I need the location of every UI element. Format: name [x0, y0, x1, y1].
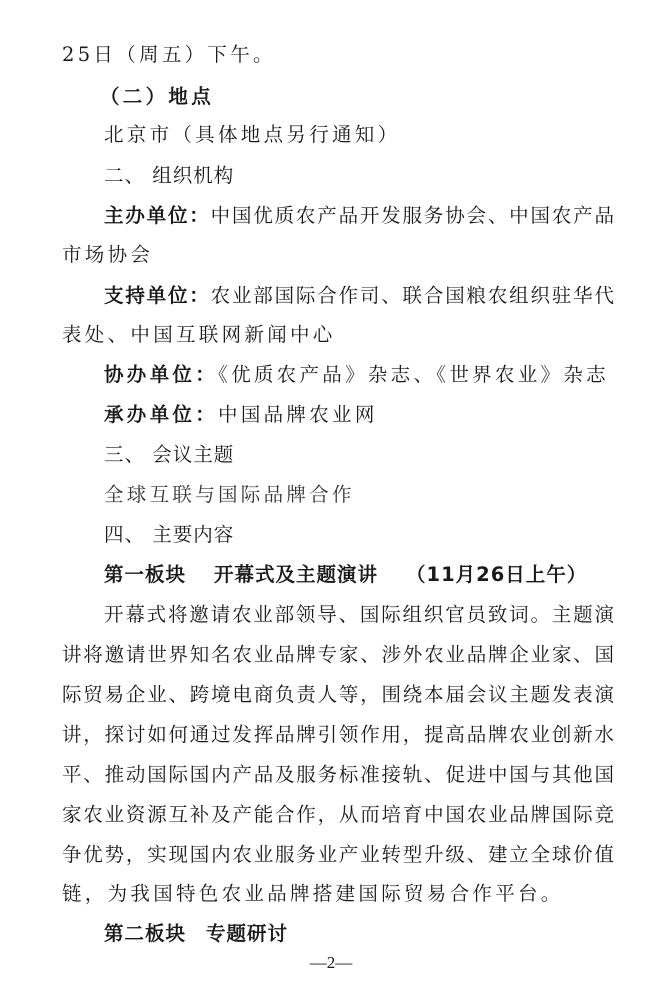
location-text: 北京市（具体地点另行通知） — [104, 122, 614, 148]
block-one-title: 开幕式及主题演讲 — [214, 563, 378, 586]
host-text: 中国优质农产品开发服务协会、中国农产品 — [211, 204, 614, 227]
undertaker-text: 中国品牌农业网 — [218, 403, 378, 426]
co-organizer-label: 协办单位： — [104, 363, 218, 386]
block-one-time: （11月26日上午） — [406, 563, 587, 586]
host-continuation: 市场协会 — [62, 242, 614, 268]
block-one-heading: 第一板块开幕式及主题演讲（11月26日上午） — [104, 562, 614, 588]
paragraph-line: 讲，探讨如何通过发挥品牌引领作用，提高品牌农业创新水 — [62, 722, 614, 748]
undertaker-line: 承办单位：中国品牌农业网 — [104, 402, 614, 428]
section-heading-theme: 三、 会议主题 — [104, 442, 614, 468]
undertaker-label: 承办单位： — [104, 403, 218, 426]
paragraph-line: 家农业资源互补及产能合作，从而培育中国农业品牌国际竞 — [62, 802, 614, 828]
co-organizer-text: 《优质农产品》杂志、《世界农业》杂志 — [218, 363, 609, 386]
support-label: 支持单位： — [104, 284, 211, 307]
support-text: 农业部国际合作司、联合国粮农组织驻华代 — [211, 284, 614, 307]
block-one-label: 第一板块 — [104, 563, 186, 586]
section-heading-organization: 二、 组织机构 — [104, 163, 614, 189]
block-two-title: 专题研讨 — [206, 922, 288, 945]
block-two-label: 第二板块 — [104, 922, 186, 945]
date-continuation: 25日（周五）下午。 — [62, 42, 614, 68]
theme-text: 全球互联与国际品牌合作 — [104, 482, 614, 508]
support-continuation: 表处、中国互联网新闻中心 — [62, 322, 614, 348]
subheading-location: （二）地点 — [100, 84, 610, 110]
paragraph-line: 讲将邀请世界知名农业品牌专家、涉外农业品牌企业家、国 — [62, 642, 614, 668]
block-two-heading: 第二板块专题研讨 — [104, 921, 614, 947]
paragraph-line: 争优势，实现国内农业服务业产业转型升级、建立全球价值 — [62, 842, 614, 868]
host-label: 主办单位： — [104, 204, 211, 227]
section-heading-content: 四、 主要内容 — [104, 522, 614, 548]
paragraph-line: 平、推动国际国内产品及服务标准接轨、促进中国与其他国 — [62, 762, 614, 788]
paragraph-line: 开幕式将邀请农业部领导、国际组织官员致词。主题演 — [104, 602, 614, 628]
host-line: 主办单位：中国优质农产品开发服务协会、中国农产品 — [104, 203, 614, 229]
paragraph-line: 际贸易企业、跨境电商负责人等，围绕本届会议主题发表演 — [62, 682, 614, 708]
co-organizer-line: 协办单位：《优质农产品》杂志、《世界农业》杂志 — [104, 362, 614, 388]
support-line: 支持单位：农业部国际合作司、联合国粮农组织驻华代 — [104, 283, 614, 309]
paragraph-line: 链，为我国特色农业品牌搭建国际贸易合作平台。 — [62, 881, 614, 907]
page-number: —2— — [0, 953, 662, 973]
